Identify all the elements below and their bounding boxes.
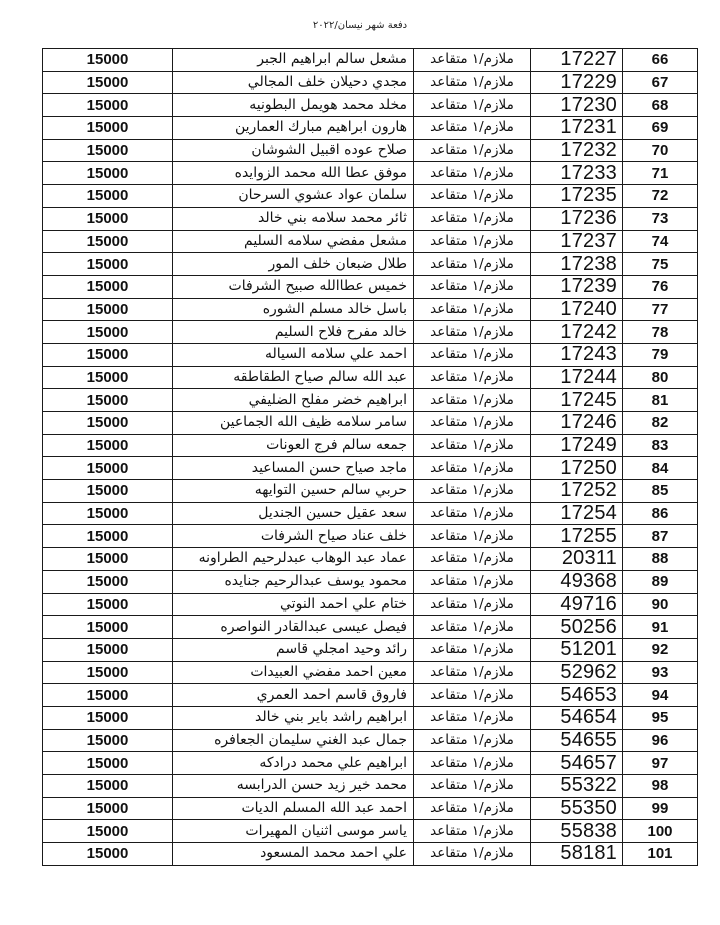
amount-cell: 15000 [43,548,173,571]
military-id-cell: 50256 [531,616,623,639]
sequence-number-cell: 94 [623,684,698,707]
military-id-cell: 17232 [531,139,623,162]
payroll-table: 15000مشعل سالم ابراهيم الجبرملازم/١ متقا… [42,48,698,866]
name-cell: محمود يوسف عبدالرحيم جنايده [173,570,414,593]
name-cell: باسل خالد مسلم الشوره [173,298,414,321]
military-id-cell: 17231 [531,117,623,140]
table-body: 15000مشعل سالم ابراهيم الجبرملازم/١ متقا… [43,49,698,866]
rank-cell: ملازم/١ متقاعد [414,502,531,525]
table-row: 15000ابراهيم راشد باير بني خالدملازم/١ م… [43,706,698,729]
sequence-number-cell: 79 [623,343,698,366]
rank-cell: ملازم/١ متقاعد [414,343,531,366]
rank-cell: ملازم/١ متقاعد [414,820,531,843]
table-row: 15000فاروق قاسم احمد العمريملازم/١ متقاع… [43,684,698,707]
name-cell: طلال ضبعان خلف المور [173,253,414,276]
amount-cell: 15000 [43,797,173,820]
table-row: 15000باسل خالد مسلم الشورهملازم/١ متقاعد… [43,298,698,321]
amount-cell: 15000 [43,616,173,639]
name-cell: رائد وحيد امجلي قاسم [173,638,414,661]
sequence-number-cell: 97 [623,752,698,775]
amount-cell: 15000 [43,412,173,435]
table-row: 15000موفق عطا الله محمد الزوايدهملازم/١ … [43,162,698,185]
military-id-cell: 17240 [531,298,623,321]
table-row: 15000ماجد صياح حسن المساعيدملازم/١ متقاع… [43,457,698,480]
name-cell: سامر سلامه ظيف الله الجماعين [173,412,414,435]
sequence-number-cell: 87 [623,525,698,548]
sequence-number-cell: 78 [623,321,698,344]
table-row: 15000رائد وحيد امجلي قاسمملازم/١ متقاعد5… [43,638,698,661]
military-id-cell: 17237 [531,230,623,253]
sequence-number-cell: 85 [623,480,698,503]
amount-cell: 15000 [43,94,173,117]
military-id-cell: 55838 [531,820,623,843]
name-cell: موفق عطا الله محمد الزوايده [173,162,414,185]
amount-cell: 15000 [43,366,173,389]
rank-cell: ملازم/١ متقاعد [414,207,531,230]
rank-cell: ملازم/١ متقاعد [414,548,531,571]
table-row: 15000سلمان عواد عشوي السرحانملازم/١ متقا… [43,185,698,208]
sequence-number-cell: 84 [623,457,698,480]
name-cell: علي احمد محمد المسعود [173,843,414,866]
amount-cell: 15000 [43,71,173,94]
table-row: 15000احمد عبد الله المسلم الدياتملازم/١ … [43,797,698,820]
sequence-number-cell: 93 [623,661,698,684]
amount-cell: 15000 [43,661,173,684]
sequence-number-cell: 101 [623,843,698,866]
rank-cell: ملازم/١ متقاعد [414,185,531,208]
amount-cell: 15000 [43,457,173,480]
name-cell: ماجد صياح حسن المساعيد [173,457,414,480]
table-row: 15000جمعه سالم فرج العوناتملازم/١ متقاعد… [43,434,698,457]
sequence-number-cell: 82 [623,412,698,435]
military-id-cell: 17233 [531,162,623,185]
amount-cell: 15000 [43,752,173,775]
amount-cell: 15000 [43,570,173,593]
table-row: 15000علي احمد محمد المسعودملازم/١ متقاعد… [43,843,698,866]
name-cell: فيصل عيسى عبدالقادر النواصره [173,616,414,639]
sequence-number-cell: 73 [623,207,698,230]
rank-cell: ملازم/١ متقاعد [414,253,531,276]
military-id-cell: 17245 [531,389,623,412]
rank-cell: ملازم/١ متقاعد [414,616,531,639]
military-id-cell: 58181 [531,843,623,866]
sequence-number-cell: 66 [623,49,698,72]
rank-cell: ملازم/١ متقاعد [414,117,531,140]
table-row: 15000جمال عبد الغني سليمان الجعافرهملازم… [43,729,698,752]
name-cell: مخلد محمد هويمل البطونيه [173,94,414,117]
rank-cell: ملازم/١ متقاعد [414,94,531,117]
rank-cell: ملازم/١ متقاعد [414,162,531,185]
amount-cell: 15000 [43,117,173,140]
name-cell: احمد علي سلامه السياله [173,343,414,366]
table-row: 15000معين احمد مفضي العبيداتملازم/١ متقا… [43,661,698,684]
rank-cell: ملازم/١ متقاعد [414,71,531,94]
sequence-number-cell: 98 [623,775,698,798]
military-id-cell: 17250 [531,457,623,480]
amount-cell: 15000 [43,434,173,457]
name-cell: ختام علي احمد النوتي [173,593,414,616]
table-row: 15000عماد عبد الوهاب عبدلرحيم الطراونهمل… [43,548,698,571]
rank-cell: ملازم/١ متقاعد [414,638,531,661]
sequence-number-cell: 71 [623,162,698,185]
sequence-number-cell: 88 [623,548,698,571]
military-id-cell: 54654 [531,706,623,729]
sequence-number-cell: 74 [623,230,698,253]
rank-cell: ملازم/١ متقاعد [414,139,531,162]
military-id-cell: 20311 [531,548,623,571]
name-cell: خالد مفرح فلاح السليم [173,321,414,344]
military-id-cell: 17255 [531,525,623,548]
name-cell: مشعل سالم ابراهيم الجبر [173,49,414,72]
military-id-cell: 17254 [531,502,623,525]
table-row: 15000فيصل عيسى عبدالقادر النواصرهملازم/١… [43,616,698,639]
military-id-cell: 17239 [531,275,623,298]
table-row: 15000سعد عقيل حسين الجنديلملازم/١ متقاعد… [43,502,698,525]
rank-cell: ملازم/١ متقاعد [414,525,531,548]
sequence-number-cell: 81 [623,389,698,412]
rank-cell: ملازم/١ متقاعد [414,843,531,866]
name-cell: خلف عناد صياح الشرفات [173,525,414,548]
table-row: 15000خالد مفرح فلاح السليمملازم/١ متقاعد… [43,321,698,344]
table-row: 15000خميس عطاالله صبيح الشرفاتملازم/١ مت… [43,275,698,298]
name-cell: عماد عبد الوهاب عبدلرحيم الطراونه [173,548,414,571]
table-row: 15000احمد علي سلامه السيالهملازم/١ متقاع… [43,343,698,366]
rank-cell: ملازم/١ متقاعد [414,457,531,480]
name-cell: سعد عقيل حسين الجنديل [173,502,414,525]
amount-cell: 15000 [43,49,173,72]
amount-cell: 15000 [43,684,173,707]
military-id-cell: 54653 [531,684,623,707]
name-cell: ياسر موسى اثنيان المهيرات [173,820,414,843]
table-row: 15000خلف عناد صياح الشرفاتملازم/١ متقاعد… [43,525,698,548]
rank-cell: ملازم/١ متقاعد [414,366,531,389]
table-row: 15000ياسر موسى اثنيان المهيراتملازم/١ مت… [43,820,698,843]
name-cell: خميس عطاالله صبيح الشرفات [173,275,414,298]
rank-cell: ملازم/١ متقاعد [414,752,531,775]
rank-cell: ملازم/١ متقاعد [414,230,531,253]
military-id-cell: 49716 [531,593,623,616]
amount-cell: 15000 [43,843,173,866]
military-id-cell: 54655 [531,729,623,752]
table-row: 15000مخلد محمد هويمل البطونيهملازم/١ متق… [43,94,698,117]
table-row: 15000صلاح عوده اقبيل الشوشانملازم/١ متقا… [43,139,698,162]
rank-cell: ملازم/١ متقاعد [414,661,531,684]
rank-cell: ملازم/١ متقاعد [414,298,531,321]
rank-cell: ملازم/١ متقاعد [414,593,531,616]
amount-cell: 15000 [43,207,173,230]
military-id-cell: 17243 [531,343,623,366]
name-cell: سلمان عواد عشوي السرحان [173,185,414,208]
military-id-cell: 17238 [531,253,623,276]
name-cell: فاروق قاسم احمد العمري [173,684,414,707]
rank-cell: ملازم/١ متقاعد [414,797,531,820]
sequence-number-cell: 100 [623,820,698,843]
sequence-number-cell: 67 [623,71,698,94]
military-id-cell: 17227 [531,49,623,72]
military-id-cell: 17229 [531,71,623,94]
table-row: 15000ختام علي احمد النوتيملازم/١ متقاعد4… [43,593,698,616]
military-id-cell: 52962 [531,661,623,684]
sequence-number-cell: 68 [623,94,698,117]
table-row: 15000سامر سلامه ظيف الله الجماعينملازم/١… [43,412,698,435]
military-id-cell: 17235 [531,185,623,208]
military-id-cell: 17236 [531,207,623,230]
name-cell: هارون ابراهيم مبارك العمارين [173,117,414,140]
sequence-number-cell: 99 [623,797,698,820]
military-id-cell: 17242 [531,321,623,344]
name-cell: جمال عبد الغني سليمان الجعافره [173,729,414,752]
name-cell: عبد الله سالم صياح الطقاطقه [173,366,414,389]
rank-cell: ملازم/١ متقاعد [414,775,531,798]
amount-cell: 15000 [43,298,173,321]
amount-cell: 15000 [43,729,173,752]
amount-cell: 15000 [43,820,173,843]
rank-cell: ملازم/١ متقاعد [414,570,531,593]
table-row: 15000ابراهيم خضر مفلح الضليفيملازم/١ متق… [43,389,698,412]
amount-cell: 15000 [43,480,173,503]
military-id-cell: 55350 [531,797,623,820]
rank-cell: ملازم/١ متقاعد [414,480,531,503]
amount-cell: 15000 [43,775,173,798]
table-row: 15000مجدي دحيلان خلف المجاليملازم/١ متقا… [43,71,698,94]
sequence-number-cell: 76 [623,275,698,298]
name-cell: معين احمد مفضي العبيدات [173,661,414,684]
sequence-number-cell: 80 [623,366,698,389]
table-row: 15000محمد خير زيد حسن الدرابسهملازم/١ مت… [43,775,698,798]
sequence-number-cell: 70 [623,139,698,162]
rank-cell: ملازم/١ متقاعد [414,729,531,752]
amount-cell: 15000 [43,321,173,344]
sequence-number-cell: 95 [623,706,698,729]
military-id-cell: 17252 [531,480,623,503]
sequence-number-cell: 89 [623,570,698,593]
name-cell: حربي سالم حسين التوايهه [173,480,414,503]
amount-cell: 15000 [43,162,173,185]
rank-cell: ملازم/١ متقاعد [414,434,531,457]
amount-cell: 15000 [43,525,173,548]
table-row: 15000هارون ابراهيم مبارك العمارينملازم/١… [43,117,698,140]
table-row: 15000حربي سالم حسين التوايههملازم/١ متقا… [43,480,698,503]
amount-cell: 15000 [43,343,173,366]
name-cell: ابراهيم خضر مفلح الضليفي [173,389,414,412]
table-row: 15000ابراهيم علي محمد درادكهملازم/١ متقا… [43,752,698,775]
amount-cell: 15000 [43,593,173,616]
name-cell: مشعل مفضي سلامه السليم [173,230,414,253]
amount-cell: 15000 [43,502,173,525]
table-row: 15000عبد الله سالم صياح الطقاطقهملازم/١ … [43,366,698,389]
name-cell: ابراهيم راشد باير بني خالد [173,706,414,729]
sequence-number-cell: 90 [623,593,698,616]
military-id-cell: 49368 [531,570,623,593]
sequence-number-cell: 77 [623,298,698,321]
rank-cell: ملازم/١ متقاعد [414,49,531,72]
rank-cell: ملازم/١ متقاعد [414,321,531,344]
document-title: دفعة شهر نيسان/٢٠٢٢ [0,20,720,31]
rank-cell: ملازم/١ متقاعد [414,275,531,298]
amount-cell: 15000 [43,185,173,208]
name-cell: جمعه سالم فرج العونات [173,434,414,457]
military-id-cell: 17244 [531,366,623,389]
sequence-number-cell: 83 [623,434,698,457]
military-id-cell: 54657 [531,752,623,775]
amount-cell: 15000 [43,275,173,298]
military-id-cell: 17230 [531,94,623,117]
name-cell: محمد خير زيد حسن الدرابسه [173,775,414,798]
military-id-cell: 51201 [531,638,623,661]
military-id-cell: 55322 [531,775,623,798]
name-cell: احمد عبد الله المسلم الديات [173,797,414,820]
amount-cell: 15000 [43,139,173,162]
sequence-number-cell: 86 [623,502,698,525]
table-row: 15000محمود يوسف عبدالرحيم جنايدهملازم/١ … [43,570,698,593]
military-id-cell: 17249 [531,434,623,457]
name-cell: ابراهيم علي محمد درادكه [173,752,414,775]
table-row: 15000مشعل مفضي سلامه السليمملازم/١ متقاع… [43,230,698,253]
sequence-number-cell: 72 [623,185,698,208]
sequence-number-cell: 69 [623,117,698,140]
amount-cell: 15000 [43,638,173,661]
military-id-cell: 17246 [531,412,623,435]
rank-cell: ملازم/١ متقاعد [414,389,531,412]
table-row: 15000مشعل سالم ابراهيم الجبرملازم/١ متقا… [43,49,698,72]
sequence-number-cell: 92 [623,638,698,661]
sequence-number-cell: 96 [623,729,698,752]
amount-cell: 15000 [43,706,173,729]
amount-cell: 15000 [43,253,173,276]
amount-cell: 15000 [43,230,173,253]
rank-cell: ملازم/١ متقاعد [414,684,531,707]
rank-cell: ملازم/١ متقاعد [414,412,531,435]
name-cell: ثائر محمد سلامه بني خالد [173,207,414,230]
sequence-number-cell: 91 [623,616,698,639]
name-cell: صلاح عوده اقبيل الشوشان [173,139,414,162]
rank-cell: ملازم/١ متقاعد [414,706,531,729]
amount-cell: 15000 [43,389,173,412]
sequence-number-cell: 75 [623,253,698,276]
table-row: 15000طلال ضبعان خلف المورملازم/١ متقاعد1… [43,253,698,276]
name-cell: مجدي دحيلان خلف المجالي [173,71,414,94]
table-row: 15000ثائر محمد سلامه بني خالدملازم/١ متق… [43,207,698,230]
